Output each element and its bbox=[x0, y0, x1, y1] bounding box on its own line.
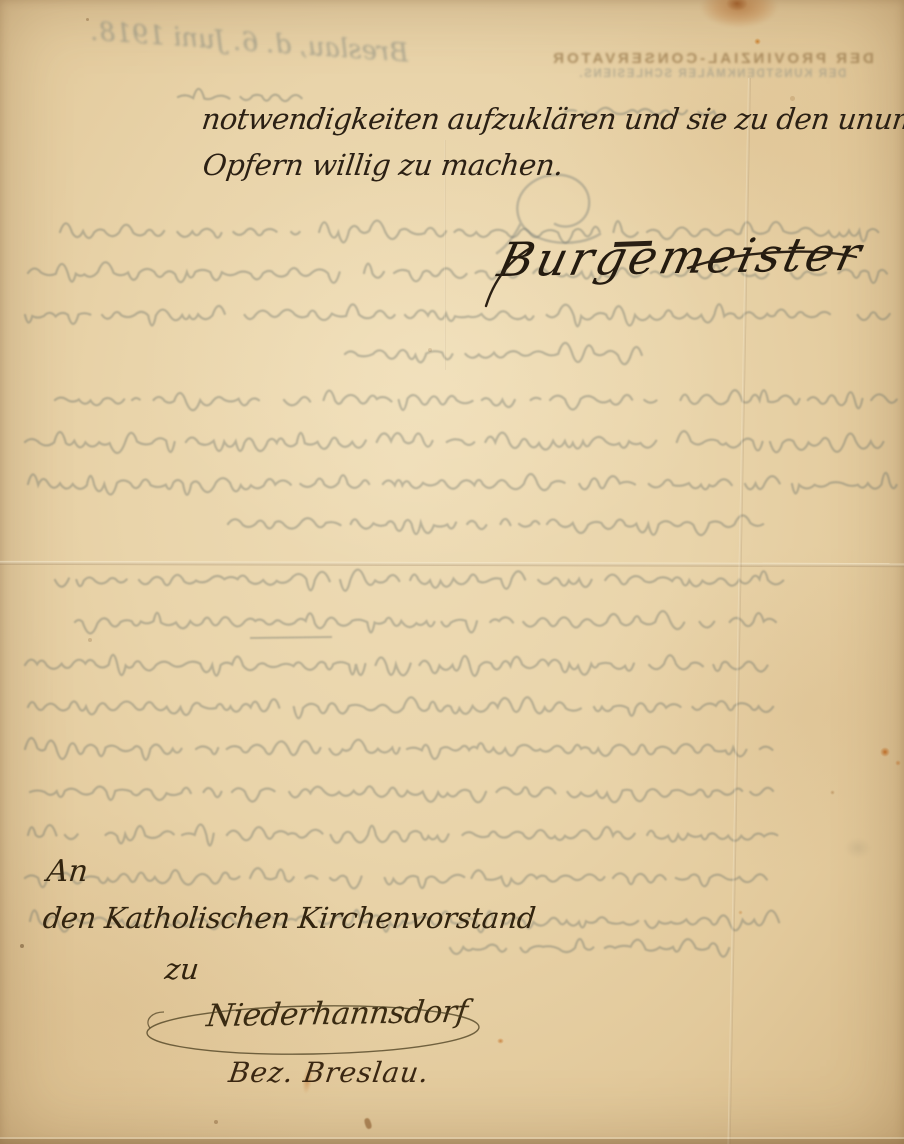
paper-bottom-shadow bbox=[0, 1139, 904, 1144]
ink-flourishes bbox=[0, 0, 904, 1144]
scanned-letter-page: DER PROVINZIAL-CONSERVATOR DER KUNSTDENK… bbox=[0, 0, 904, 1144]
